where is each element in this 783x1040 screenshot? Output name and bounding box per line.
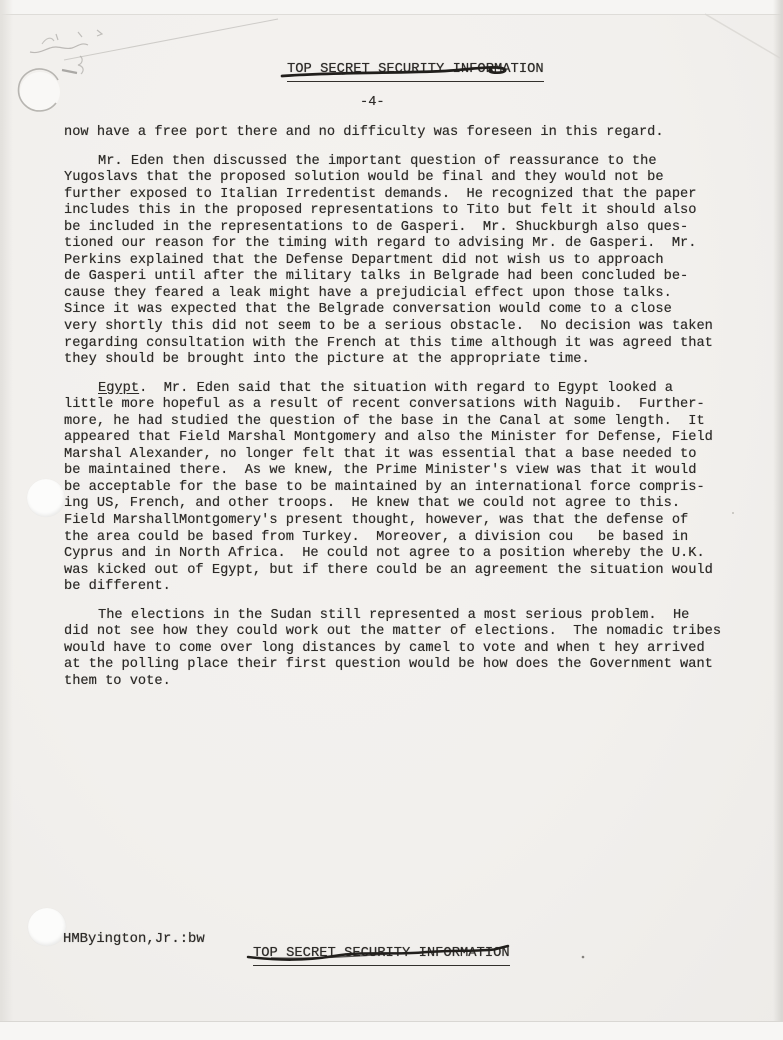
punch-hole-bottom [28, 908, 66, 946]
egypt-paragraph-lines: little more hopeful as a result of recen… [64, 397, 764, 596]
paper-top-edge [0, 0, 783, 15]
classification-header: TOP SECRET SECURITY INFORMATION [287, 62, 544, 82]
classification-footer-text: TOP SECRET SECURITY INFORMATION [253, 946, 510, 966]
egypt-first-line-rest: . Mr. Eden said that the situation with … [139, 381, 673, 396]
paper-left-edge [0, 0, 13, 1040]
paper-bottom-edge [0, 1021, 783, 1040]
drafter-initials: HMByington,Jr.:bw [63, 931, 205, 947]
page-number: -4- [360, 95, 385, 110]
egypt-heading: Egypt [98, 381, 139, 396]
paper-right-edge [773, 0, 783, 1040]
paragraph-free-port: now have a free port there and no diffic… [64, 125, 764, 142]
classification-header-text: TOP SECRET SECURITY INFORMATION [287, 62, 544, 82]
classification-footer: TOP SECRET SECURITY INFORMATION [253, 946, 510, 966]
paragraph-egypt: Egypt. Mr. Eden said that the situation … [64, 381, 764, 596]
paragraph-sudan-elections: The elections in the Sudan still represe… [64, 608, 764, 691]
punch-hole-top [27, 479, 65, 517]
document-body: now have a free port there and no diffic… [64, 125, 764, 703]
scanned-document-page: TOP SECRET SECURITY INFORMATION -4- now … [0, 0, 783, 1040]
paragraph-eden-yugoslavs: Mr. Eden then discussed the important qu… [64, 154, 764, 369]
